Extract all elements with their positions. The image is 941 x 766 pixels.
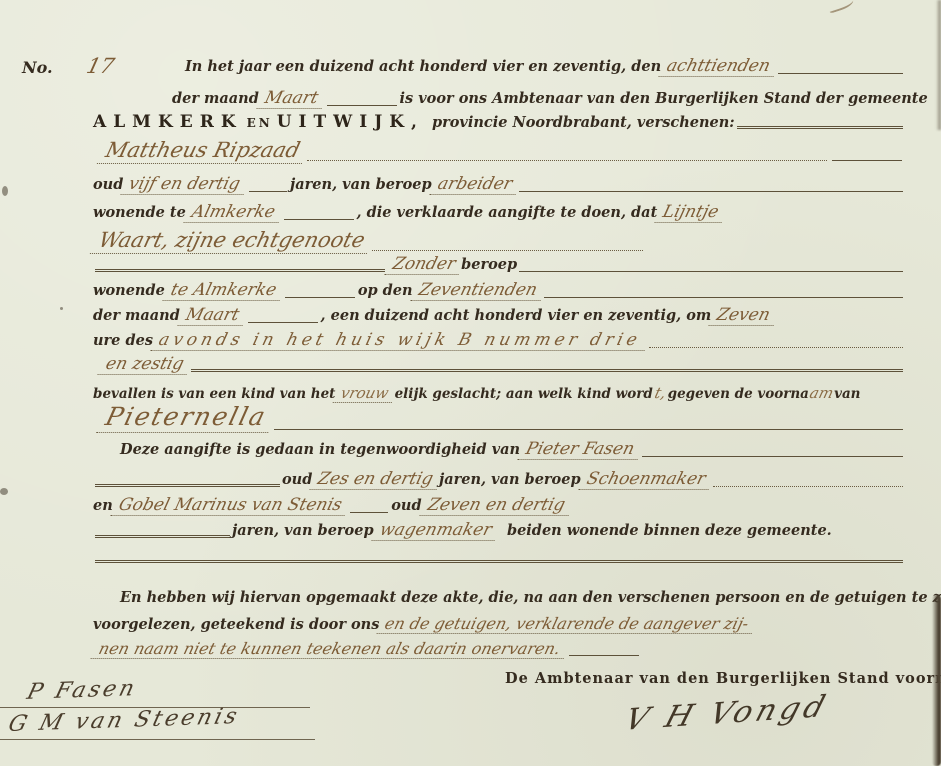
line-mother-occupation: Zonder beroep <box>93 254 905 275</box>
line-house-number: en zestig <box>100 354 905 375</box>
line-declarant-age: oud vijf en dertig jaren, van beroep arb… <box>93 174 905 195</box>
line-declarant-residence: wonende te Almkerke , die verklaarde aan… <box>93 202 905 223</box>
mother-firstname-handwritten: Lijntje <box>655 202 727 223</box>
witness1-occupation-handwritten: Schoenmaker <box>578 469 713 490</box>
declaration-text: , die verklaarde aangifte te doen, dat <box>357 204 658 221</box>
mother-name-handwritten: Waart, zijne echtgenoote <box>90 228 374 254</box>
witness1-name-handwritten: Pieter Fasen <box>517 439 642 460</box>
witness2-name-handwritten: Gobel Marinus van Stenis <box>110 495 350 516</box>
closing-handwritten-2: nen naam niet te kunnen teekenen als daa… <box>90 639 568 659</box>
line-closing-3: nen naam niet te kunnen teekenen als daa… <box>93 639 905 659</box>
line-month: der maand Maart is voor ons Ambtenaar va… <box>172 88 905 109</box>
page-edge-shadow <box>932 595 941 766</box>
child-name-handwritten: Pieternella <box>96 402 276 433</box>
rule <box>737 122 903 129</box>
line-witness-intro: Deze aangifte is gedaan in tegenwoordigh… <box>120 439 905 460</box>
month-handwritten: Maart <box>256 88 326 109</box>
act-number-value: 17 <box>77 54 122 79</box>
child-gender-printed-d: van <box>834 386 860 402</box>
officer-signature: V H Vongd <box>621 689 833 738</box>
rule <box>519 268 903 272</box>
child-gender-printed-a: bevallen is van een kind van het <box>93 386 335 402</box>
witness1-occupation-label: jaren, van beroep <box>439 471 581 488</box>
rule <box>274 426 903 430</box>
line-birth-month: der maand Maart , een duizend acht honde… <box>93 305 905 326</box>
witness1-age-label: oud <box>282 471 312 488</box>
age-label: oud <box>93 176 123 193</box>
occupation-label: jaren, van beroep <box>290 176 432 193</box>
line-declarant-name: Mattheus Ripzaad <box>100 138 905 164</box>
municipality-name-1: ALMKERK <box>93 112 243 132</box>
municipality-en: EN <box>247 116 273 130</box>
closing-handwritten-1: en de getuigen, verklarende de aangever … <box>377 614 757 634</box>
rule <box>327 102 397 106</box>
rule <box>95 480 280 487</box>
closing-text-1: En hebben wij hiervan opgemaakt deze akt… <box>120 589 941 606</box>
rule <box>642 453 903 457</box>
line-child-name: Pieternella <box>100 402 905 433</box>
line-municipality: ALMKERK EN UITWIJK, provincie Noordbraba… <box>93 112 905 132</box>
officer-title-text: De Ambtenaar van den Burgerlijken Stand … <box>505 670 941 687</box>
line-year: In het jaar een duizend acht honderd vie… <box>185 56 905 77</box>
rule <box>649 344 903 348</box>
witness2-signature: G M van Steenis <box>6 704 243 737</box>
birth-place-handwritten: avonds in het huis wijk B nummer drie <box>150 330 649 351</box>
scan-speck <box>0 488 8 495</box>
closing-text-2: voorgelezen, geteekend is door ons <box>93 616 379 633</box>
municipality-name-2: UITWIJK, <box>277 112 424 132</box>
witness1-age-handwritten: Zes en dertig <box>310 469 442 490</box>
month-rest-text: is voor ons Ambtenaar van den Burgerlijk… <box>400 90 928 107</box>
rule <box>249 188 287 192</box>
witness-intro-text: Deze aangifte is gedaan in tegenwoordigh… <box>120 441 520 458</box>
province-text: provincie Noordbrabant, verschenen: <box>432 114 735 131</box>
voornaam-am-handwritten: am <box>807 384 837 402</box>
line-closing-2: voorgelezen, geteekend is door ons en de… <box>93 614 905 634</box>
rule <box>285 294 355 298</box>
declarant-name-handwritten: Mattheus Ripzaad <box>97 138 309 164</box>
mother-residence-label: wonende <box>93 282 165 299</box>
line-witness1: oud Zes en dertig jaren, van beroep Scho… <box>93 469 905 490</box>
page-edge-shadow-top <box>936 0 941 130</box>
rule <box>191 365 903 372</box>
child-gender-handwritten: vrouw <box>333 384 397 403</box>
declarant-occupation-handwritten: arbeider <box>429 174 520 195</box>
scan-speck <box>2 186 8 196</box>
house-number-handwritten: en zestig <box>97 354 192 375</box>
birth-month-label: der maand <box>93 307 180 324</box>
line-closing-1: En hebben wij hiervan opgemaakt deze akt… <box>120 589 905 606</box>
birth-day-handwritten: Zeventienden <box>410 280 545 301</box>
rule <box>713 483 903 487</box>
declarant-age-handwritten: vijf en dertig <box>121 174 249 195</box>
line-blank-rule <box>93 556 905 566</box>
witness2-age-handwritten: Zeven en dertig <box>419 495 573 516</box>
witness2-age-label: oud <box>391 497 421 514</box>
signature-rule <box>0 738 315 740</box>
rule <box>95 556 903 563</box>
act-number-label: No. <box>22 58 53 77</box>
witness1-signature: P Fasen <box>24 676 139 705</box>
act-number: No. 17 <box>22 54 119 79</box>
rule <box>284 216 354 220</box>
ure-des-label: ure des <box>93 332 153 349</box>
witnesses-residence-text: beiden wonende binnen deze gemeente. <box>507 522 832 539</box>
residence-label: wonende te <box>93 204 186 221</box>
rule <box>778 70 903 74</box>
line-witness2: en Gobel Marinus van Stenis oud Zeven en… <box>93 495 905 516</box>
birth-month-handwritten: Maart <box>177 305 247 326</box>
child-gender-printed-c: gegeven de voorna <box>668 386 809 402</box>
scan-speck <box>60 307 63 310</box>
rule <box>832 157 902 161</box>
rule <box>95 265 385 272</box>
day-handwritten: achttienden <box>658 56 778 77</box>
rule <box>95 531 230 538</box>
rule <box>569 652 639 656</box>
rule <box>372 247 643 251</box>
pen-stroke-artifact <box>827 0 855 14</box>
rule <box>350 509 388 513</box>
birth-certificate-scan: No. 17 In het jaar een duizend acht hond… <box>0 0 941 766</box>
mother-occupation-handwritten: Zonder <box>384 254 463 275</box>
line-child-gender: bevallen is van een kind van het vrouw e… <box>93 384 905 403</box>
birth-year-text: , een duizend acht honderd vier en zeven… <box>321 307 712 324</box>
birth-hour-handwritten: Zeven <box>709 305 779 326</box>
witness2-occupation-handwritten: wagenmaker <box>371 520 500 541</box>
line-birth-time: ure des avonds in het huis wijk B nummer… <box>93 330 905 351</box>
witness2-en-label: en <box>93 497 113 514</box>
op-den-label: op den <box>358 282 413 299</box>
line-witness2-occupation: jaren, van beroep wagenmaker beiden wone… <box>93 520 905 541</box>
rule <box>307 157 827 161</box>
beroep-label: beroep <box>461 256 517 273</box>
line-mother-residence: wonende te Almkerke op den Zeventienden <box>93 280 905 301</box>
rule <box>544 294 903 298</box>
rule <box>248 319 318 323</box>
line-mother-name: Waart, zijne echtgenoote <box>93 228 905 254</box>
witness2-occupation-label: jaren, van beroep <box>232 522 374 539</box>
child-gender-printed-b: elijk geslacht; aan welk kind word <box>395 386 653 402</box>
officer-title: De Ambtenaar van den Burgerlijken Stand … <box>505 670 941 687</box>
declarant-residence-handwritten: Almkerke <box>183 202 283 223</box>
month-label: der maand <box>172 90 259 107</box>
year-printed-text: In het jaar een duizend acht honderd vie… <box>185 58 661 75</box>
mother-residence-handwritten: te Almkerke <box>162 280 284 301</box>
rule <box>519 188 903 192</box>
